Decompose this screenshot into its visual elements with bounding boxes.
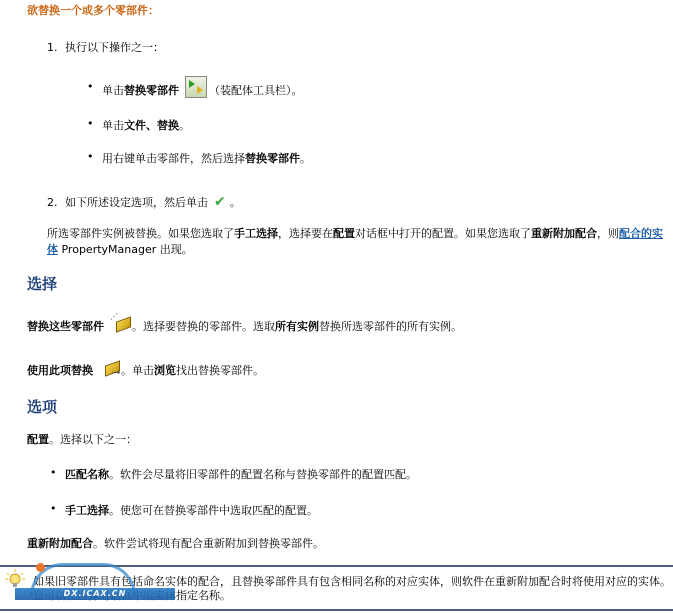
section-heading-select: 选择 bbox=[27, 273, 57, 294]
step-1-option-context-menu: 用右键单击零部件，然后选择替换零部件。 bbox=[88, 150, 311, 166]
note-divider-bottom bbox=[0, 609, 673, 611]
step-2: 2.如下所述设定选项，然后单击✔。 bbox=[47, 194, 241, 210]
step-1: 1.执行以下操作之一： bbox=[47, 39, 164, 55]
option-reattach-mates: 重新附加配合。软件尝试将现有配合重新附加到替换零部件。 bbox=[27, 535, 324, 551]
step-number: 1. bbox=[47, 41, 65, 54]
replace-with-icon: ·→ bbox=[99, 358, 121, 376]
option-replace-with: 使用此项替换·→。单击浏览找出替换零部件。 bbox=[27, 362, 264, 380]
step-1-option-menu: 单击文件、替换。 bbox=[88, 117, 190, 133]
watermark-logo-dot bbox=[36, 563, 45, 572]
components-to-replace-icon: ⋰ bbox=[110, 314, 132, 332]
ui-term: 文件、替换 bbox=[124, 119, 179, 132]
step-text: 如下所述设定选项，然后单击 bbox=[65, 196, 208, 209]
option-match-names: 匹配名称。软件会尽量将旧零部件的配置名称与替换零部件的配置匹配。 bbox=[50, 466, 417, 482]
lightbulb-tip-icon bbox=[4, 568, 26, 590]
ui-term: 替换零部件 bbox=[124, 84, 179, 97]
option-components-to-replace: 替换这些零部件⋰。选择要替换的零部件。选取所有实例替换所选零部件的所有实例。 bbox=[27, 318, 462, 336]
option-manual-select: 手工选择。使您可在替换零部件中选取匹配的配置。 bbox=[50, 502, 318, 518]
result-paragraph: 所选零部件实例被替换。如果您选取了手工选择，选择要在配置对话框中打开的配置。如果… bbox=[47, 226, 672, 258]
option-configuration: 配置。选择以下之一： bbox=[27, 431, 137, 447]
step-number: 2. bbox=[47, 196, 65, 209]
section-heading-options: 选项 bbox=[27, 396, 57, 417]
replace-components-icon bbox=[185, 76, 207, 98]
step-text: 执行以下操作之一： bbox=[65, 41, 164, 54]
step-1-option-toolbar: 单击替换零部件（装配体工具栏）。 bbox=[88, 80, 303, 102]
ok-check-icon: ✔ bbox=[214, 194, 226, 210]
ui-term: 替换零部件 bbox=[245, 152, 300, 165]
procedure-intro: 欲替换一个或多个零部件： bbox=[27, 2, 159, 18]
watermark-banner: DX.ICAX.CN bbox=[15, 588, 175, 600]
